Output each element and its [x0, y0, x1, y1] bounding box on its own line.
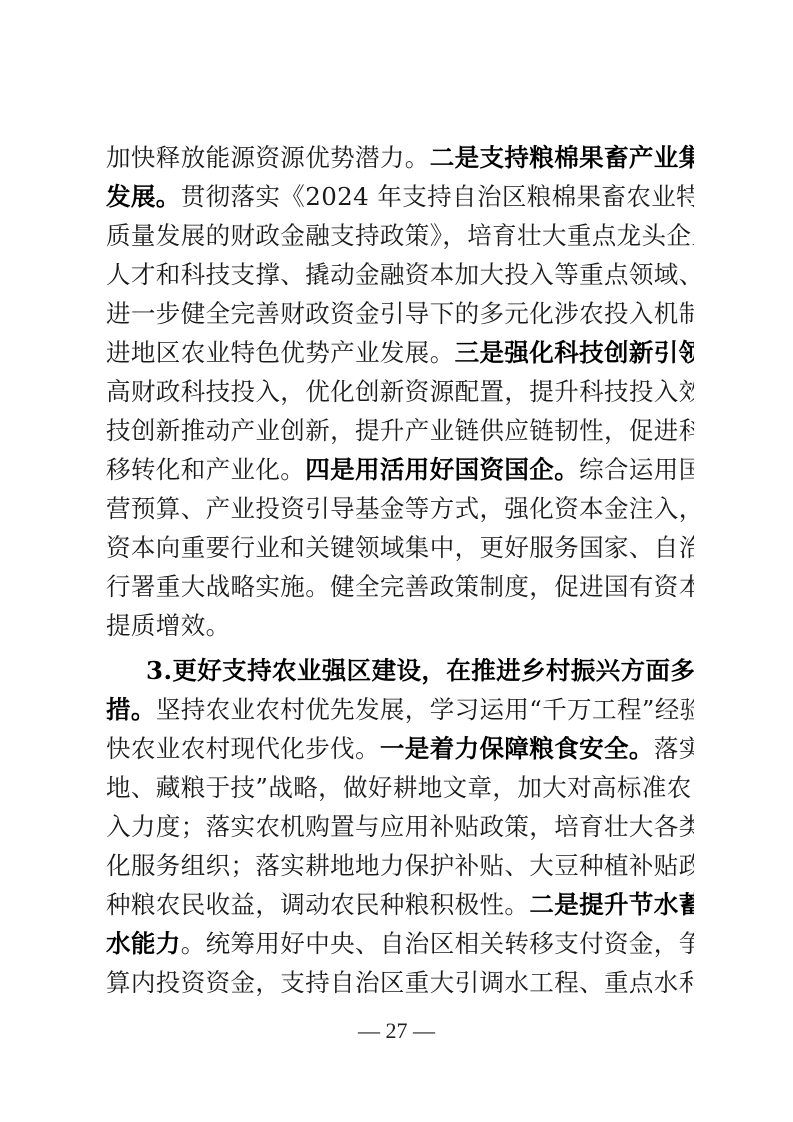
text-line: 质量发展的财政金融支持政策》，培育壮大重点龙头企业、强化 [106, 216, 694, 255]
text-line: 算内投资资金，支持自治区重大引调水工程、重点水利枢纽工程 [106, 963, 694, 1002]
text-line: 进地区农业特色优势产业发展。三是强化科技创新引领。持续提 [106, 333, 694, 372]
text-line: 发展。贯彻落实《2024 年支持自治区粮棉果畜农业特色产业高 [106, 177, 694, 216]
text-run: 资本向重要行业和关键领域集中，更好服务国家、自治区、地委、 [106, 533, 694, 562]
text-run: 落实“藏粮于 [654, 734, 694, 763]
bold-emphasis: 三是强化科技创新引领。 [455, 338, 694, 367]
text-line: 入力度；落实农机购置与应用补贴政策，培育壮大各类农业社会 [106, 807, 694, 846]
bold-emphasis: 二是提升节水蓄水调水增 [529, 890, 694, 919]
text-line: 行署重大战略实施。健全完善政策制度，促进国有资本经营预算 [106, 567, 694, 606]
text-line: 快农业农村现代化步伐。一是着力保障粮食安全。落实“藏粮于 [106, 729, 694, 768]
text-run: 算内投资资金，支持自治区重大引调水工程、重点水利枢纽工程 [106, 968, 694, 997]
text-line: 人才和科技支撑、撬动金融资本加大投入等重点领域、关键环节， [106, 255, 694, 294]
text-run: 高财政科技投入，优化创新资源配置，提升科技投入效能，以科 [106, 377, 694, 406]
bold-emphasis: 3.更好支持农业强区建设，在推进乡村振兴方面多出新举 [146, 656, 694, 685]
text-line: 化服务组织；落实耕地地力保护补贴、大豆种植补贴政策，提高 [106, 846, 694, 885]
text-line: 营预算、产业投资引导基金等方式，强化资本金注入，推动国有 [106, 489, 694, 528]
text-run: 营预算、产业投资引导基金等方式，强化资本金注入，推动国有 [106, 494, 694, 523]
bold-emphasis: 水能力 [106, 929, 181, 958]
text-run: 地、藏粮于技”战略，做好耕地文章，加大对高标准农田建设投 [106, 773, 694, 802]
text-line: 进一步健全完善财政资金引导下的多元化涉农投入机制，加快推 [106, 294, 694, 333]
text-run: 人才和科技支撑、撬动金融资本加大投入等重点领域、关键环节， [106, 260, 694, 289]
text-run: 进一步健全完善财政资金引导下的多元化涉农投入机制，加快推 [106, 299, 694, 328]
text-run: 移转化和产业化。 [106, 455, 305, 484]
text-run: 坚持农业农村优先发展，学习运用“千万工程”经验，支持加 [156, 695, 694, 724]
text-run: 种粮农民收益，调动农民种粮积极性。 [106, 890, 529, 919]
section-heading-line: 3.更好支持农业强区建设，在推进乡村振兴方面多出新举 [146, 651, 694, 690]
text-line: 提质增效。 [106, 606, 694, 645]
text-run: 质量发展的财政金融支持政策》，培育壮大重点龙头企业、强化 [106, 221, 694, 250]
text-run: 。统筹用好中央、自治区相关转移支付资金，争取中央预 [181, 929, 694, 958]
text-line: 资本向重要行业和关键领域集中，更好服务国家、自治区、地委、 [106, 528, 694, 567]
text-line: 技创新推动产业创新，提升产业链供应链韧性，促进科技成果转 [106, 411, 694, 450]
text-line: 移转化和产业化。四是用活用好国资国企。综合运用国有资本经 [106, 450, 694, 489]
text-line: 水能力。统筹用好中央、自治区相关转移支付资金，争取中央预 [106, 924, 694, 963]
text-line: 措。坚持农业农村优先发展，学习运用“千万工程”经验，支持加 [106, 690, 694, 729]
page-number: — 27 — [0, 1018, 793, 1044]
bold-emphasis: 四是用活用好国资国企。 [305, 455, 579, 484]
bold-emphasis: 一是着力保障粮食安全。 [380, 734, 654, 763]
text-run: 进地区农业特色优势产业发展。 [106, 338, 455, 367]
text-run: 综合运用国有资本经 [579, 455, 694, 484]
text-line: 高财政科技投入，优化创新资源配置，提升科技投入效能，以科 [106, 372, 694, 411]
text-run: 行署重大战略实施。健全完善政策制度，促进国有资本经营预算 [106, 572, 694, 601]
text-line: 地、藏粮于技”战略，做好耕地文章，加大对高标准农田建设投 [106, 768, 694, 807]
text-run: 提质增效。 [106, 611, 231, 640]
text-run: 加快释放能源资源优势潜力。 [106, 143, 430, 172]
bold-emphasis: 措。 [106, 695, 156, 724]
text-line: 种粮农民收益，调动农民种粮积极性。二是提升节水蓄水调水增 [106, 885, 694, 924]
text-run: 贯彻落实《2024 年支持自治区粮棉果畜农业特色产业高 [181, 182, 694, 211]
text-run: 快农业农村现代化步伐。 [106, 734, 380, 763]
document-page: 加快释放能源资源优势潜力。二是支持粮棉果畜产业集群高质量发展。贯彻落实《2024… [0, 0, 793, 1122]
text-run: 入力度；落实农机购置与应用补贴政策，培育壮大各类农业社会 [106, 812, 694, 841]
text-line: 加快释放能源资源优势潜力。二是支持粮棉果畜产业集群高质量 [106, 138, 694, 177]
bold-emphasis: 二是支持粮棉果畜产业集群高质量 [430, 143, 694, 172]
text-run: 化服务组织；落实耕地地力保护补贴、大豆种植补贴政策，提高 [106, 851, 694, 880]
text-run: 技创新推动产业创新，提升产业链供应链韧性，促进科技成果转 [106, 416, 694, 445]
bold-emphasis: 发展。 [106, 182, 181, 211]
